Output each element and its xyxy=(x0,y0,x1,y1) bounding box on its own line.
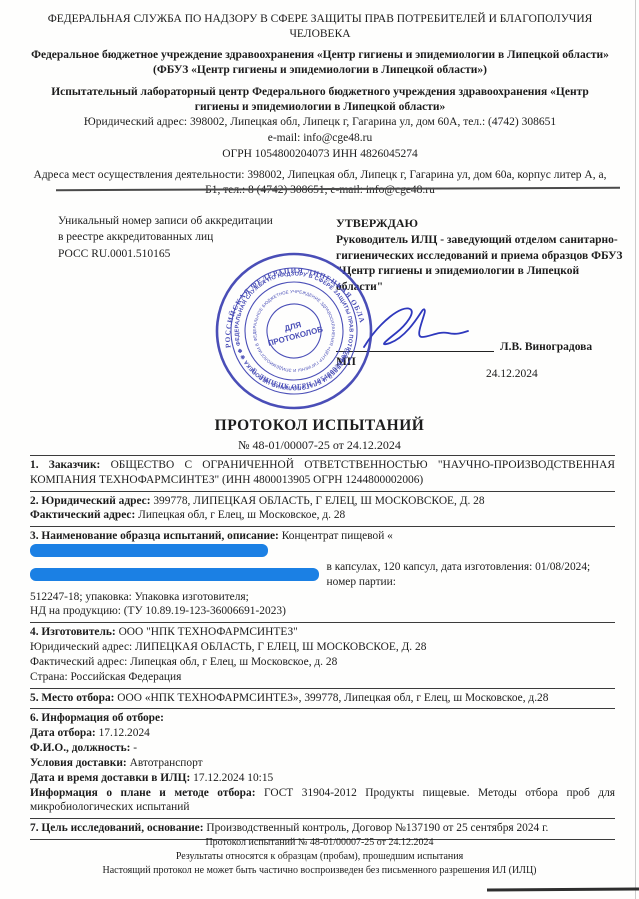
legal-address: Юридический адрес: 398002, Липецкая обл,… xyxy=(28,115,612,130)
section1-label: 1. Заказчик: xyxy=(30,459,100,471)
section5-text: ООО «НПК ТЕХНОФАРМСИНТЕЗ», 399778, Липец… xyxy=(117,692,548,704)
page-footer: Протокол испытаний № 48-01/00007-25 от 2… xyxy=(0,836,639,878)
section2-text2: Липецкая обл, г Елец, ш Московское, д. 2… xyxy=(138,509,345,521)
section2-label1: 2. Юридический адрес: xyxy=(30,495,151,507)
sampler-name-value: - xyxy=(133,742,137,754)
sampler-name-label: Ф.И.О., должность: xyxy=(30,742,130,754)
agency-name: ФЕДЕРАЛЬНАЯ СЛУЖБА ПО НАДЗОРУ В СФЕРЕ ЗА… xyxy=(28,12,612,41)
lab-center-name: Испытательный лабораторный центр Федерал… xyxy=(28,85,612,114)
footer-copy-note: Настоящий протокол не может быть частичн… xyxy=(0,864,639,878)
section2-text1: 399778, ЛИПЕЦКАЯ ОБЛАСТЬ, Г ЕЛЕЦ, Ш МОСК… xyxy=(153,495,484,507)
activity-addresses: Адреса мест осуществления деятельности: … xyxy=(28,168,612,197)
section-sample: 3. Наименование образца испытаний, описа… xyxy=(30,526,615,622)
section7-text: Производственный контроль, Договор №1371… xyxy=(206,822,548,834)
sampling-date-label: Дата отбора: xyxy=(30,727,96,739)
delivery-datetime-value: 17.12.2024 10:15 xyxy=(193,772,273,784)
approval-title: УТВЕРЖДАЮ xyxy=(336,215,628,231)
section7-label: 7. Цель исследований, основание: xyxy=(30,822,204,834)
section-customer: 1. Заказчик: ОБЩЕСТВО С ОГРАНИЧЕННОЙ ОТВ… xyxy=(30,455,615,491)
section-sampling-place: 5. Место отбора: ООО «НПК ТЕХНОФАРМСИНТЕ… xyxy=(30,688,615,709)
accreditation-line2: в реестре аккредитованных лиц xyxy=(58,229,333,245)
delivery-conditions-value: Автотранспорт xyxy=(130,757,203,769)
protocol-sections: 1. Заказчик: ОБЩЕСТВО С ОГРАНИЧЕННОЙ ОТВ… xyxy=(30,455,615,840)
svg-text:ФЕДЕРАЛЬНАЯ СЛУЖБА ПО НАДЗОРУ: ФЕДЕРАЛЬНАЯ СЛУЖБА ПО НАДЗОРУ В СФЕРЕ ЗА… xyxy=(220,258,367,404)
stamp-graphics: РОССИЙСКАЯ ФЕДЕРАЦИЯ ЛИПЕЦКАЯ ОБЛАСТЬ · … xyxy=(209,246,379,416)
scan-edge-line xyxy=(635,0,636,899)
section3-text-start: Концентрат пищевой « xyxy=(282,530,393,542)
section3-line3: 512247-18; упаковка: Упаковка изготовите… xyxy=(30,590,615,605)
redaction-bar-1 xyxy=(30,544,268,557)
footer-results-note: Результаты относятся к образцам (пробам)… xyxy=(0,850,639,864)
section4-text: ООО "НПК ТЕХНОФАРМСИНТЕЗ" xyxy=(119,626,298,638)
section-manufacturer: 4. Изготовитель: ООО "НПК ТЕХНОФАРМСИНТЕ… xyxy=(30,622,615,687)
delivery-datetime-label: Дата и время доставки в ИЛЦ: xyxy=(30,772,190,784)
email-line: e-mail: info@cge48.ru xyxy=(28,131,612,146)
delivery-conditions-label: Условия доставки: xyxy=(30,757,127,769)
ogrn-inn-line: ОГРН 1054800204073 ИНН 4826045274 xyxy=(28,147,612,162)
section-addresses: 2. Юридический адрес: 399778, ЛИПЕЦКАЯ О… xyxy=(30,491,615,527)
approval-date: 24.12.2024 xyxy=(486,367,538,383)
section2-label2: Фактический адрес: xyxy=(30,509,135,521)
organization-name: Федеральное бюджетное учреждение здравоо… xyxy=(28,48,612,77)
section4-label: 4. Изготовитель: xyxy=(30,626,116,638)
section3-label: 3. Наименование образца испытаний, описа… xyxy=(30,530,279,542)
section3-line2: в капсулах, 120 капсул, дата изготовлени… xyxy=(327,560,616,590)
accreditation-line1: Уникальный номер записи об аккредитации xyxy=(58,213,333,229)
document-title-block: ПРОТОКОЛ ИСПЫТАНИЙ № 48-01/00007-25 от 2… xyxy=(0,417,639,453)
scan-artifact-bar xyxy=(487,887,639,891)
section4-actual-address: Фактический адрес: Липецкая обл, г Елец,… xyxy=(30,655,615,670)
document-number: № 48-01/00007-25 от 24.12.2024 xyxy=(0,438,639,453)
section6-header: 6. Информация об отборе: xyxy=(30,712,164,724)
document-header: ФЕДЕРАЛЬНАЯ СЛУЖБА ПО НАДЗОРУ В СФЕРЕ ЗА… xyxy=(28,12,612,205)
redaction-bar-2 xyxy=(30,568,319,581)
section4-country: Страна: Российская Федерация xyxy=(30,670,615,685)
section4-legal-address: Юридический адрес: ЛИПЕЦКАЯ ОБЛАСТЬ, Г Е… xyxy=(30,640,615,655)
round-stamp: РОССИЙСКАЯ ФЕДЕРАЦИЯ ЛИПЕЦКАЯ ОБЛАСТЬ · … xyxy=(209,246,379,416)
section5-label: 5. Место отбора: xyxy=(30,692,114,704)
section3-line4: НД на продукцию: (ТУ 10.89.19-123-360066… xyxy=(30,604,615,619)
signature-zone: Л.В. Виноградова МП 24.12.2024 xyxy=(336,307,628,385)
document-page: ФЕДЕРАЛЬНАЯ СЛУЖБА ПО НАДЗОРУ В СФЕРЕ ЗА… xyxy=(0,0,639,899)
signer-name: Л.В. Виноградова xyxy=(500,340,592,356)
footer-protocol-ref: Протокол испытаний № 48-01/00007-25 от 2… xyxy=(0,836,639,850)
sampling-date-value: 17.12.2024 xyxy=(99,727,150,739)
stamp-middle-ring-text: ФЕДЕРАЛЬНАЯ СЛУЖБА ПО НАДЗОРУ В СФЕРЕ ЗА… xyxy=(220,258,367,404)
section1-text: ОБЩЕСТВО С ОГРАНИЧЕННОЙ ОТВЕТСТВЕННОСТЬЮ… xyxy=(30,459,615,486)
sampling-method-label: Информация о плане и методе отбора: xyxy=(30,787,256,799)
approver-position: Руководитель ИЛЦ - заведующий отделом са… xyxy=(336,233,628,295)
document-title: ПРОТОКОЛ ИСПЫТАНИЙ xyxy=(0,417,639,435)
section-sampling-info: 6. Информация об отборе: Дата отбора: 17… xyxy=(30,708,615,818)
approval-block: УТВЕРЖДАЮ Руководитель ИЛЦ - заведующий … xyxy=(336,215,628,385)
